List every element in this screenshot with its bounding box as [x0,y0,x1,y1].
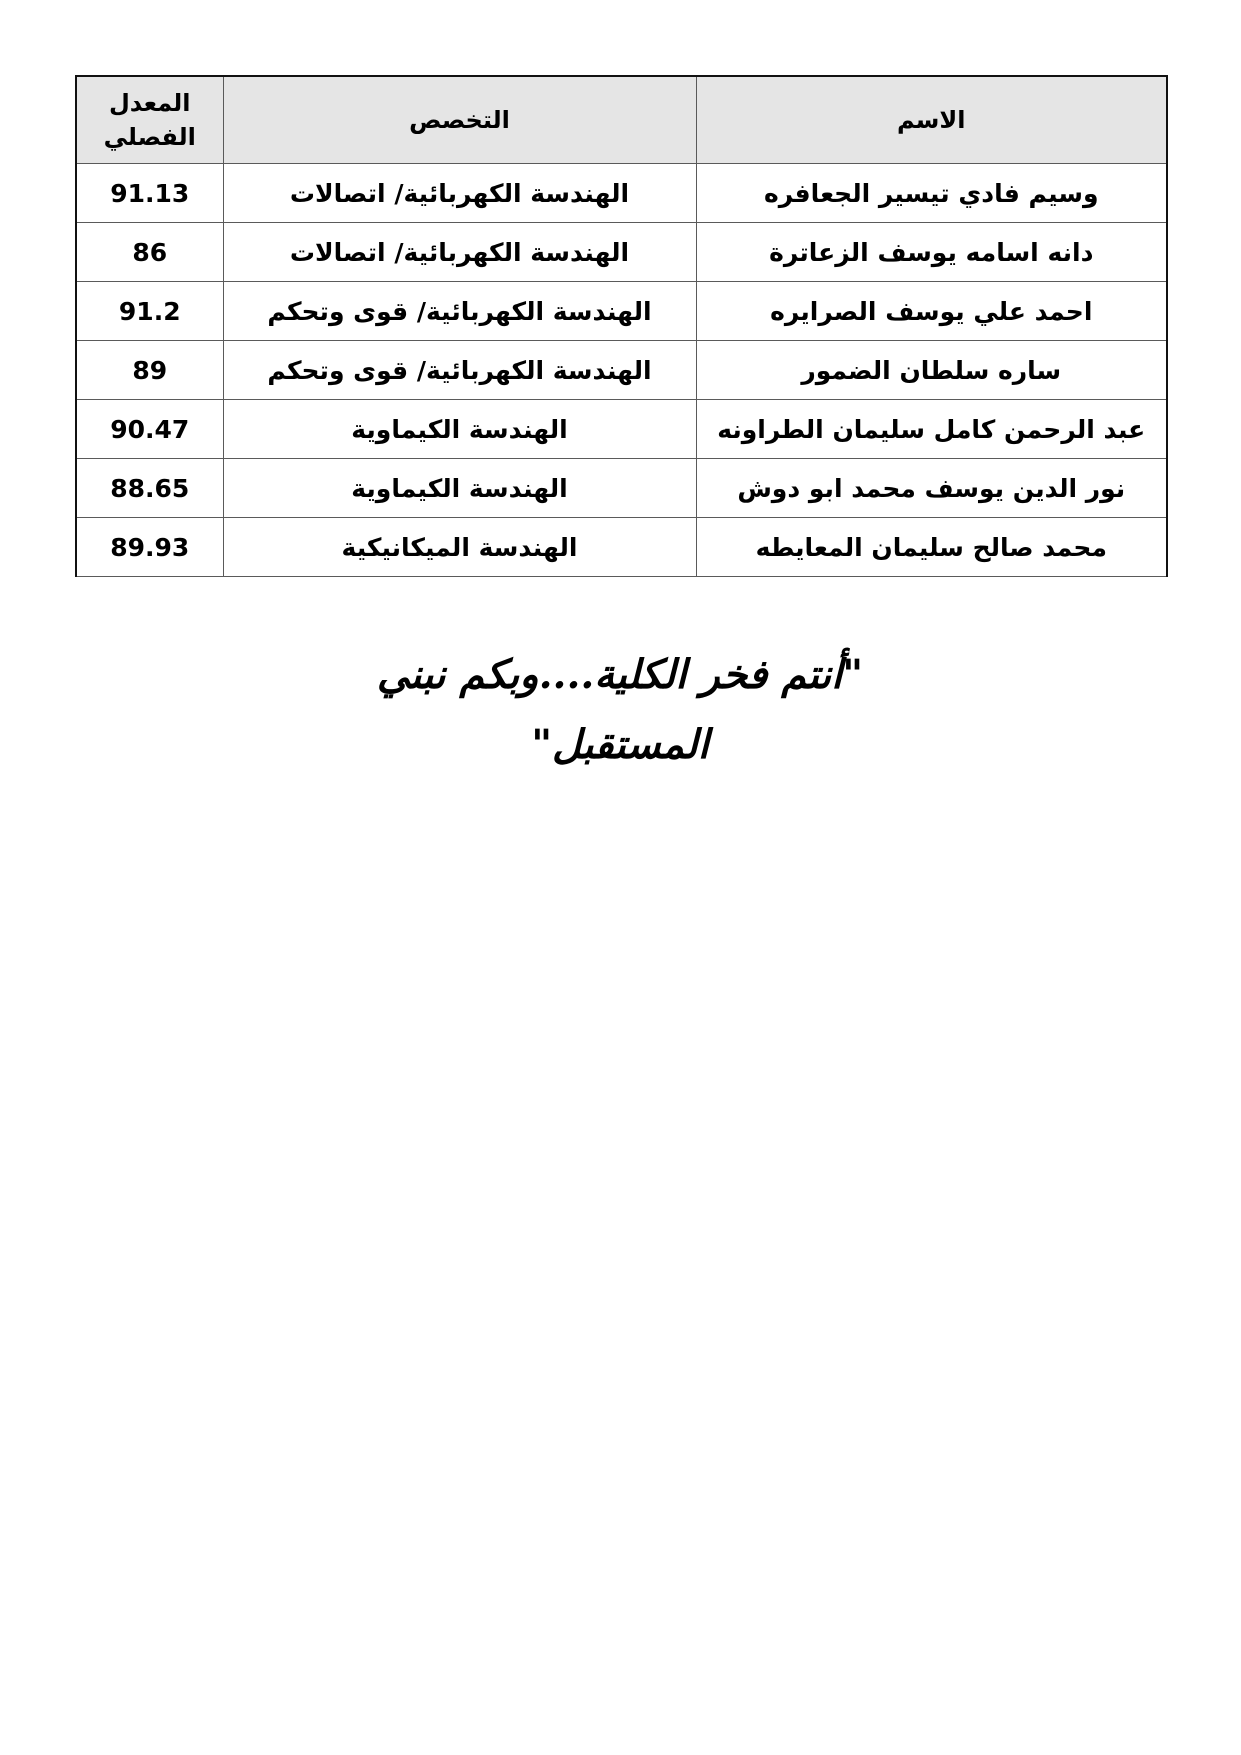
table-row: وسيم فادي تيسير الجعافره الهندسة الكهربا… [76,164,1167,223]
document-page: الاسم التخصص المعدل الفصلي وسيم فادي تيس… [0,0,1241,1755]
table-row: نور الدين يوسف محمد ابو دوش الهندسة الكي… [76,459,1167,518]
column-header-gpa: المعدل الفصلي [76,76,223,164]
table-row: احمد علي يوسف الصرايره الهندسة الكهربائي… [76,282,1167,341]
student-gpa: 90.47 [76,400,223,459]
table-row: ساره سلطان الضمور الهندسة الكهربائية/ قو… [76,341,1167,400]
student-gpa: 89 [76,341,223,400]
student-name: نور الدين يوسف محمد ابو دوش [696,459,1167,518]
student-major: الهندسة الكيماوية [223,400,696,459]
student-name: احمد علي يوسف الصرايره [696,282,1167,341]
student-major: الهندسة الكهربائية/ قوى وتحكم [223,282,696,341]
table-header-row: الاسم التخصص المعدل الفصلي [76,76,1167,164]
student-major: الهندسة الميكانيكية [223,518,696,577]
student-gpa: 86 [76,223,223,282]
student-name: عبد الرحمن كامل سليمان الطراونه [696,400,1167,459]
gpa-header-line1: المعدل [83,86,217,120]
student-gpa: 91.2 [76,282,223,341]
gpa-header-line2: الفصلي [83,120,217,154]
student-major: الهندسة الكهربائية/ قوى وتحكم [223,341,696,400]
student-name: دانه اسامه يوسف الزعاترة [696,223,1167,282]
student-gpa: 89.93 [76,518,223,577]
table-row: عبد الرحمن كامل سليمان الطراونه الهندسة … [76,400,1167,459]
column-header-major: التخصص [223,76,696,164]
student-gpa: 88.65 [76,459,223,518]
student-name: ساره سلطان الضمور [696,341,1167,400]
student-major: الهندسة الكهربائية/ اتصالات [223,164,696,223]
closing-quote: "أنتم فخر الكلية....وبكم نبني المستقبل" [370,640,870,780]
student-name: وسيم فادي تيسير الجعافره [696,164,1167,223]
column-header-name: الاسم [696,76,1167,164]
student-gpa: 91.13 [76,164,223,223]
table-row: دانه اسامه يوسف الزعاترة الهندسة الكهربا… [76,223,1167,282]
student-major: الهندسة الكيماوية [223,459,696,518]
table-row: محمد صالح سليمان المعايطه الهندسة الميكا… [76,518,1167,577]
student-major: الهندسة الكهربائية/ اتصالات [223,223,696,282]
honor-list-table: الاسم التخصص المعدل الفصلي وسيم فادي تيس… [75,75,1168,577]
student-name: محمد صالح سليمان المعايطه [696,518,1167,577]
